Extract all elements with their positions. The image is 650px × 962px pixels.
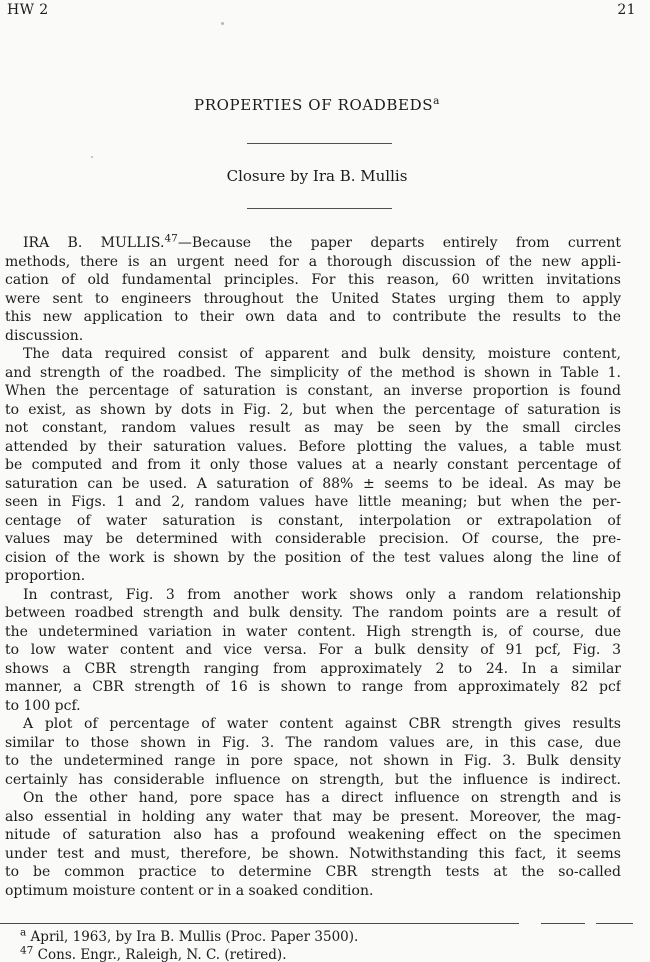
text-line: and strength of the roadbed. The simplic… — [5, 364, 621, 383]
divider — [247, 143, 392, 144]
text-line: between roadbed strength and bulk densit… — [5, 604, 621, 623]
footnote: a April, 1963, by Ira B. Mullis (Proc. P… — [20, 929, 630, 947]
title-text: PROPERTIES OF ROADBEDS — [194, 96, 433, 114]
page-header-left: HW 2 — [7, 2, 49, 18]
byline: Closure by Ira B. Mullis — [0, 167, 634, 185]
text-line: to exist, as shown by dots in Fig. 2, bu… — [5, 401, 621, 420]
text-line: similar to those shown in Fig. 3. The ra… — [5, 734, 621, 753]
text-line: the undetermined variation in water cont… — [5, 623, 621, 642]
text-line: IRA B. MULLIS.47—Because the paper depar… — [5, 234, 621, 253]
text-line: attended by their saturation values. Bef… — [5, 438, 621, 457]
footnote-marker: 47 — [20, 944, 33, 956]
text-line: A plot of percentage of water content ag… — [5, 715, 621, 734]
text-line: be computed and from it only those value… — [5, 456, 621, 475]
text-line: saturation can be used. A saturation of … — [5, 475, 621, 494]
title-footnote-marker: a — [433, 95, 440, 107]
text-line: cation of old fundamental principles. Fo… — [5, 271, 621, 290]
text-line: also essential in holding any water that… — [5, 808, 621, 827]
scan-speck — [221, 22, 224, 25]
text-line: to the undetermined range in pore space,… — [5, 752, 621, 771]
page-number: 21 — [617, 2, 636, 18]
text-line: discussion. — [5, 327, 621, 346]
text-line: optimum moisture content or in a soaked … — [5, 882, 621, 901]
footnote-marker: 47 — [164, 234, 177, 244]
text-line: The data required consist of apparent an… — [5, 345, 621, 364]
text-line: centage of water saturation is constant,… — [5, 512, 621, 531]
text-line: under test and must, therefore, be shown… — [5, 845, 621, 864]
footnotes: a April, 1963, by Ira B. Mullis (Proc. P… — [20, 929, 630, 962]
body-text: IRA B. MULLIS.47—Because the paper depar… — [5, 234, 621, 900]
text-line: proportion. — [5, 567, 621, 586]
text-line: values may be determined with considerab… — [5, 530, 621, 549]
text-line: this new application to their own data a… — [5, 308, 621, 327]
text-line: seen in Figs. 1 and 2, random values hav… — [5, 493, 621, 512]
text-line: cision of the work is shown by the posit… — [5, 549, 621, 568]
text-line: manner, a CBR strength of 16 is shown to… — [5, 678, 621, 697]
divider — [247, 208, 392, 209]
text-line: to low water content and vice versa. For… — [5, 641, 621, 660]
footnote-rule — [0, 923, 519, 924]
text-line: certainly has considerable influence on … — [5, 771, 621, 790]
footnote-text: Cons. Engr., Raleigh, N. C. (retired). — [33, 947, 286, 962]
text-line: On the other hand, pore space has a dire… — [5, 789, 621, 808]
footnote-text: April, 1963, by Ira B. Mullis (Proc. Pap… — [26, 929, 358, 945]
footnote-rule-dash — [541, 923, 585, 924]
text-line: were sent to engineers throughout the Un… — [5, 290, 621, 309]
text-line: to 100 pcf. — [5, 697, 621, 716]
document-page: HW 2 21 PROPERTIES OF ROADBEDSa Closure … — [0, 0, 650, 962]
page-title: PROPERTIES OF ROADBEDSa — [0, 96, 634, 114]
text-line: not constant, random values result as ma… — [5, 419, 621, 438]
scan-speck — [91, 156, 93, 158]
footnote-rule-dash — [596, 923, 633, 924]
text-line: to be common practice to determine CBR s… — [5, 863, 621, 882]
text-line: When the percentage of saturation is con… — [5, 382, 621, 401]
text-line: In contrast, Fig. 3 from another work sh… — [5, 586, 621, 605]
text-line: nitude of saturation also has a profound… — [5, 826, 621, 845]
footnote: 47 Cons. Engr., Raleigh, N. C. (retired)… — [20, 947, 630, 962]
text-line: methods, there is an urgent need for a t… — [5, 253, 621, 272]
text-line: shows a CBR strength ranging from approx… — [5, 660, 621, 679]
